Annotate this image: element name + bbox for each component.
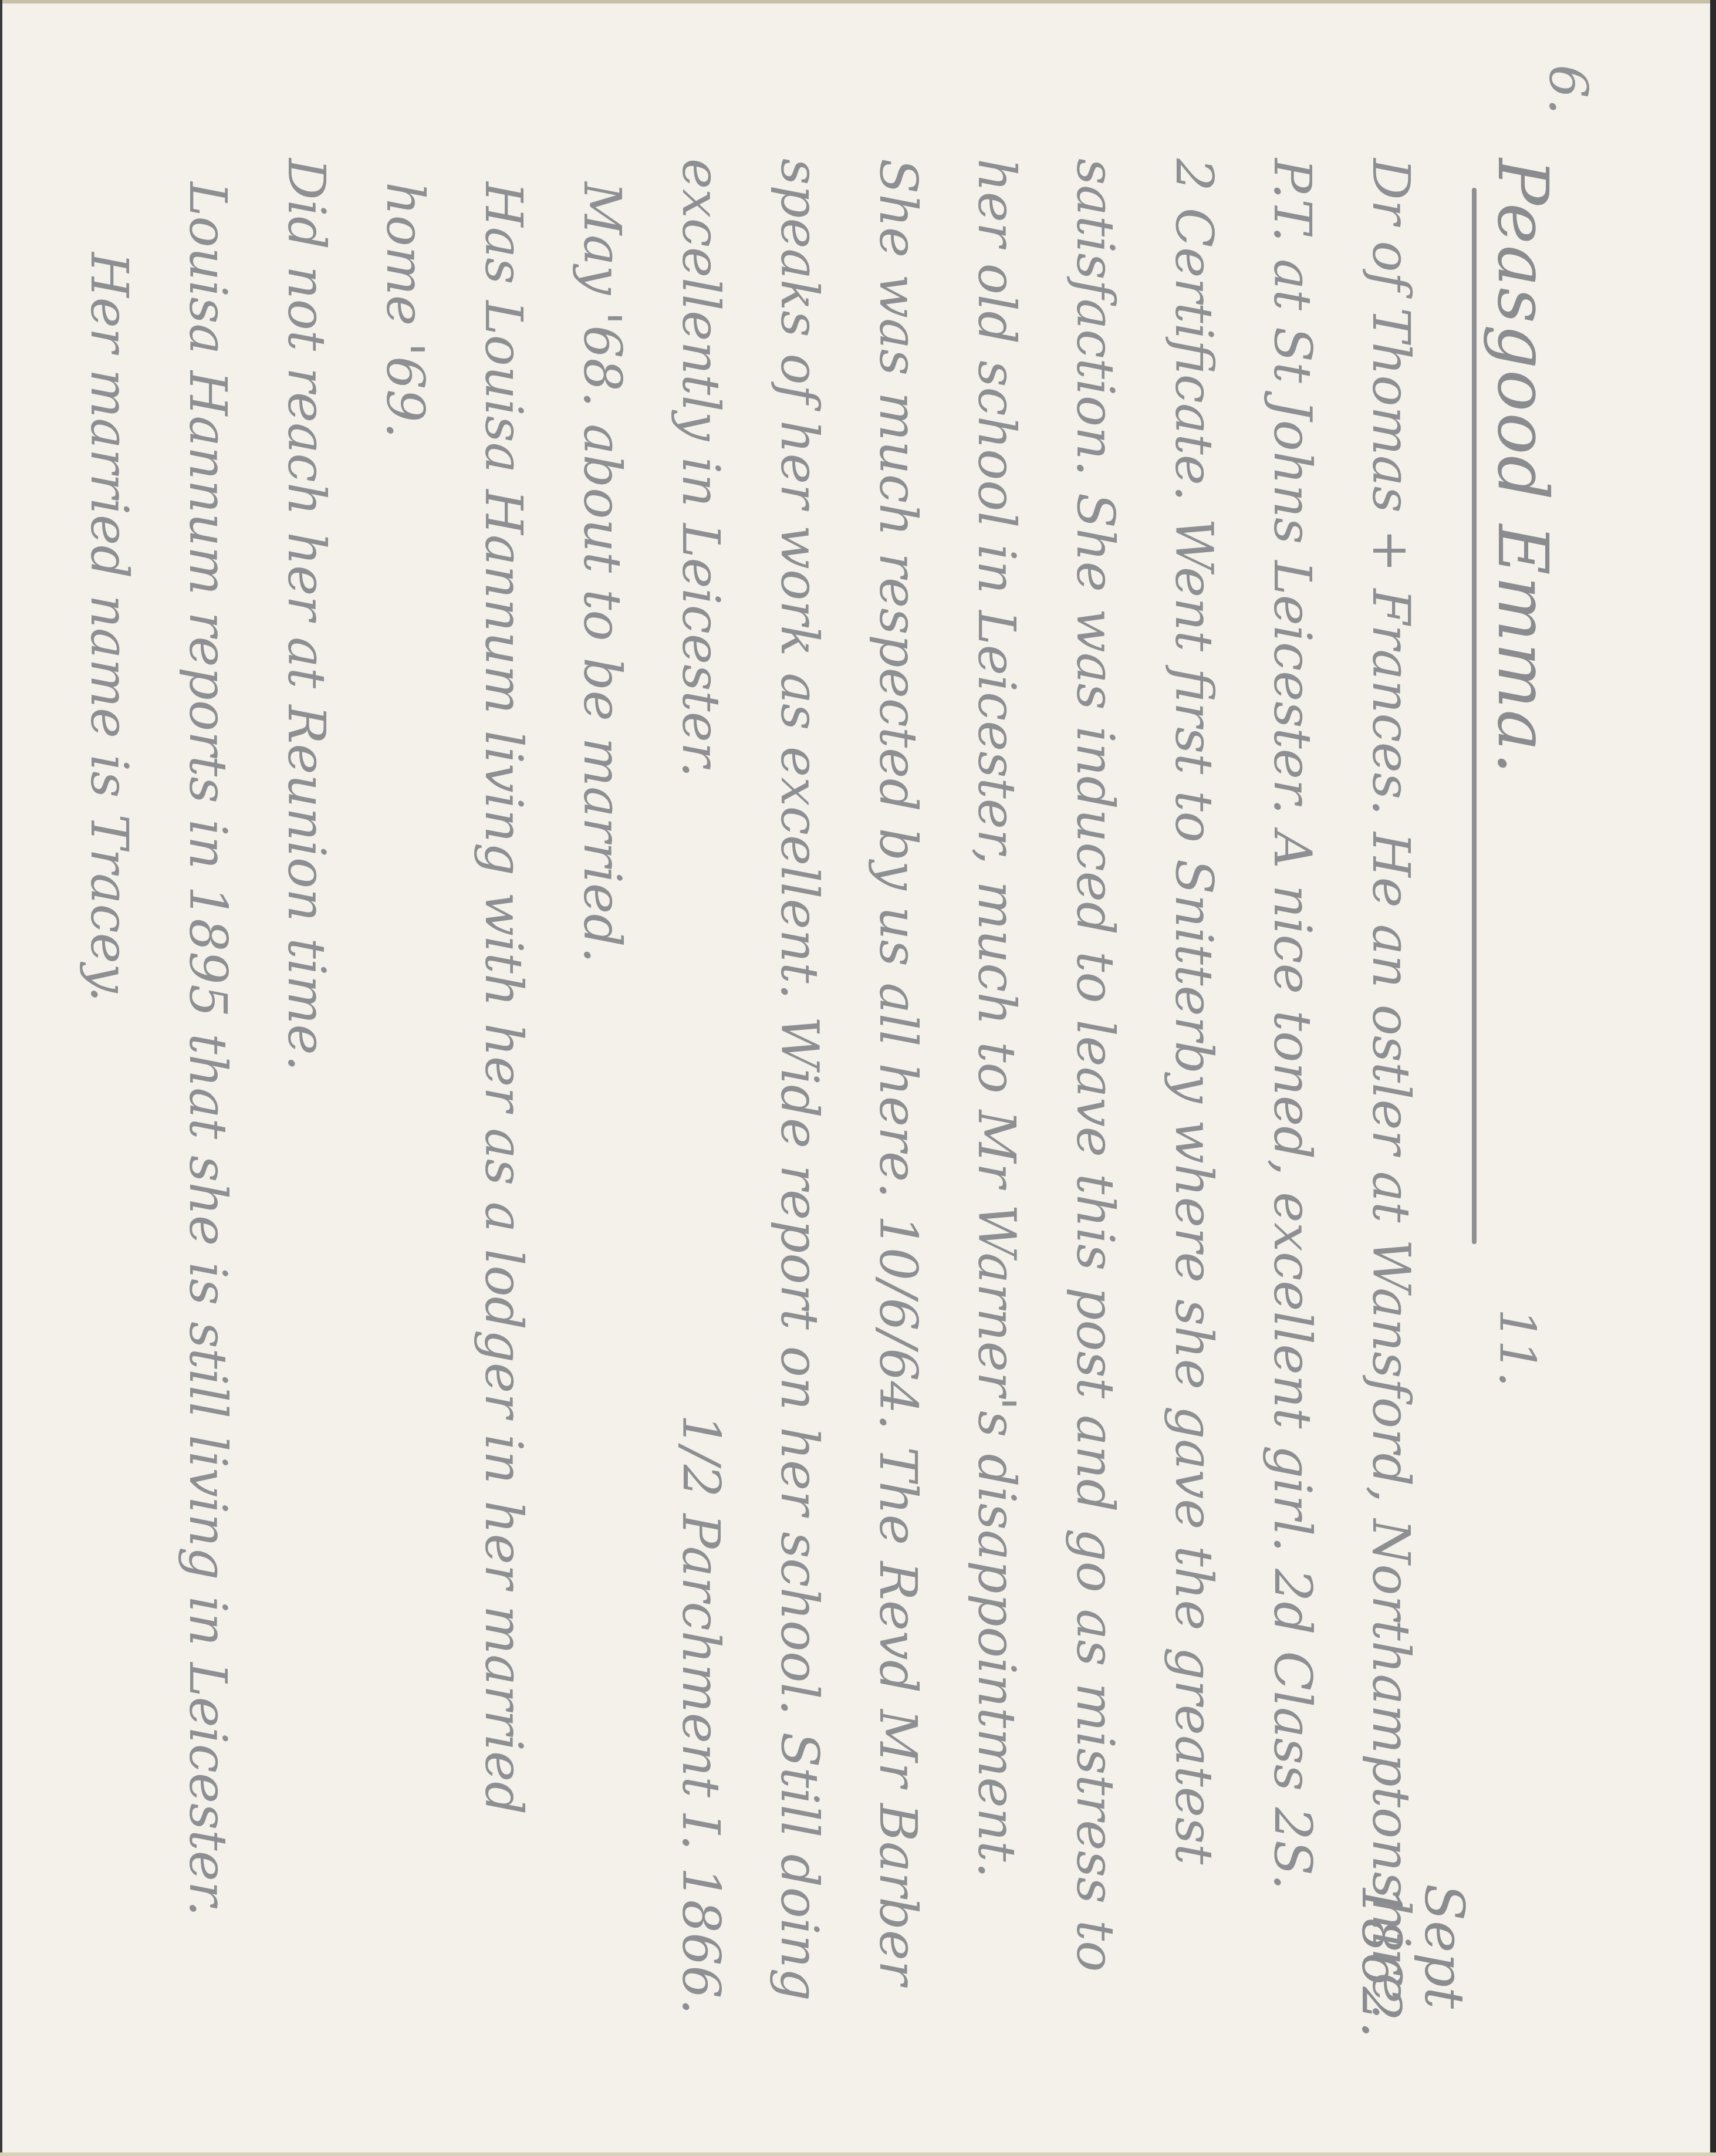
page-number: 6. [1537,65,1599,115]
body-line-with-note: excellently in Leicester. 1/2 Parchment … [651,158,750,2124]
body-line: May '68. about to be married. [553,158,651,2124]
body-line: Has Louisa Hannum living with her as a l… [454,158,553,2124]
body-line: P.T. at St Johns Leicester. A nice toned… [1243,158,1342,2124]
body-line: Her married name is Tracey. [60,158,158,2124]
handwritten-sheet: 6. Peasgood Emma. 11. Sept 1862. Dr of T… [0,0,1716,2156]
body-line: speaks of her work as excellent. Wide re… [750,158,849,2124]
entry-header: Peasgood Emma. 11. Sept 1862. [1481,158,1563,2095]
body-line: Dr of Thomas + Frances. He an ostler at … [1342,158,1440,2124]
entry-name: Peasgood Emma. [1482,158,1563,775]
body-line-text: excellently in Leicester. [671,158,731,778]
body-line: her old school in Leicester, much to Mr … [947,158,1046,2124]
body-line: home '69. [356,158,454,2124]
body-line: satisfaction. She was induced to leave t… [1046,158,1144,2124]
entry-number: 11. [1488,1309,1546,1387]
title-underline [1472,188,1477,1244]
body-line: She was much respected by us all here. 1… [849,158,947,2124]
parchment-note: 1/2 Parchment I. 1866. [651,1414,750,2015]
entry-body: Dr of Thomas + Frances. He an ostler at … [60,158,1440,2124]
body-line: Louisa Hannum reports in 1895 that she i… [158,158,257,2124]
body-line: 2 Certificate. Went first to Snitterby w… [1144,158,1243,2124]
body-line: Did not reach her at Reunion time. [257,158,356,2124]
